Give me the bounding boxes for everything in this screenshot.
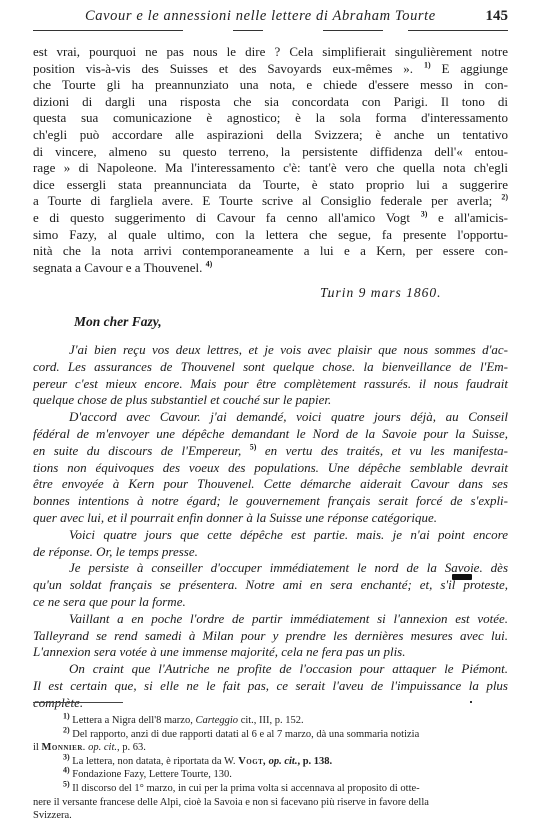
body-line-text: a Tourte di fargliela avere. E Tourte sc… bbox=[33, 193, 492, 208]
letter-line: bonnes intentions à notre égard; le gouv… bbox=[33, 493, 508, 510]
footnote-text: cit., III, p. 152. bbox=[238, 715, 304, 726]
footnote-text: Il discorso del 1° marzo, in cui per la … bbox=[72, 783, 419, 794]
letter-line: quer avec lui, et il pourrait enfin donn… bbox=[33, 510, 508, 527]
footnote-5: 5) Il discorso del 1° marzo, in cui per … bbox=[33, 782, 508, 796]
footnote-text: , p. 138. bbox=[297, 756, 332, 767]
footnote-ref[interactable]: 2) bbox=[501, 193, 508, 202]
footnote-text: , p. 63. bbox=[117, 742, 146, 753]
letter-line: tions non équivoques des voeux des popul… bbox=[33, 460, 508, 477]
letter-line: cord. Les assurances de Thouvenel sont q… bbox=[33, 359, 508, 376]
document-page: Cavour e le annessioni nelle lettere di … bbox=[0, 0, 550, 830]
body-line-text: e all'amicis- bbox=[438, 210, 508, 225]
body-line: dizioni di dargli una risposta che sia c… bbox=[33, 94, 508, 111]
body-line: dice essergli stata preannunciata da Tou… bbox=[33, 177, 508, 194]
letter-line: qu'un soldat français se présentera. Not… bbox=[33, 577, 508, 594]
letter-line: Je persiste à conseiller d'occuper imméd… bbox=[33, 560, 508, 577]
footnote-italic: , op. cit. bbox=[263, 756, 297, 767]
header-rule bbox=[33, 30, 183, 31]
body-line: che Tourte gli ha preannunziato una nota… bbox=[33, 77, 508, 94]
footnote-5-cont: Svizzera. bbox=[33, 809, 508, 823]
running-head: Cavour e le annessioni nelle lettere di … bbox=[33, 6, 508, 32]
footnote-ref[interactable]: 5) bbox=[250, 442, 257, 451]
footnotes: 1) Lettera a Nigra dell'8 marzo, Cartegg… bbox=[33, 714, 508, 823]
letter-date: Turin 9 mars 1860. bbox=[320, 285, 442, 301]
footnote-rule bbox=[33, 702, 123, 703]
body-line-text: segnata a Cavour e a Thouvenel. bbox=[33, 260, 202, 275]
footnote-4: 4) Fondazione Fazy, Lettere Tourte, 130. bbox=[33, 768, 508, 782]
footnote-italic: . op. cit. bbox=[83, 742, 117, 753]
body-line: rage » di Napoleone. Ma l'interessamento… bbox=[33, 160, 508, 177]
author-name: Vogt bbox=[238, 756, 263, 767]
body-line: ch'egli può accordare alle aspirazioni d… bbox=[33, 127, 508, 144]
body-line: simo Fazy, al quale ultimo, con la lette… bbox=[33, 227, 508, 244]
header-rule bbox=[233, 30, 263, 31]
footnote-2-cont: il Monnier. op. cit., p. 63. bbox=[33, 741, 508, 755]
footnote-text: La lettera, non datata, è riportata da W… bbox=[72, 756, 238, 767]
footnote-text: Del rapporto, anzi di due rapporti datat… bbox=[72, 729, 419, 740]
body-line-text: e di questo suggerimento di Cavour fa ce… bbox=[33, 210, 410, 225]
footnote-1: 1) Lettera a Nigra dell'8 marzo, Cartegg… bbox=[33, 714, 508, 728]
body-line: est vrai, pourquoi ne pas nous le dire ?… bbox=[33, 44, 508, 61]
letter-line: On craint que l'Autriche ne profite de l… bbox=[33, 661, 508, 678]
page-number: 145 bbox=[486, 8, 509, 25]
letter-line: quelque chose de plus substantiel et cou… bbox=[33, 392, 508, 409]
footnote-5-cont: nere il versante francese delle Alpi, ci… bbox=[33, 796, 508, 810]
body-line: segnata a Cavour e a Thouvenel. 4) bbox=[33, 260, 508, 277]
footnote-number: 2) bbox=[63, 725, 70, 734]
footnote-number: 3) bbox=[63, 752, 70, 761]
letter-line: D'accord avec Cavour. j'ai demandé, voic… bbox=[33, 409, 508, 426]
letter-line: Voici quatre jours que cette dépêche est… bbox=[33, 527, 508, 544]
footnote-italic: Carteggio bbox=[195, 715, 238, 726]
letter-line: en suite du discours de l'Empereur, 5) e… bbox=[33, 443, 508, 460]
body-line-text: position vis-à-vis des Suisses et des Sa… bbox=[33, 61, 413, 76]
letter-line: complète. bbox=[33, 695, 508, 712]
letter-line: Talleyrand se rend samedi à Milan pour y… bbox=[33, 628, 508, 645]
stray-mark bbox=[470, 701, 472, 703]
footnote-3: 3) La lettera, non datata, è riportata d… bbox=[33, 755, 508, 769]
letter-line: J'ai bien reçu vos deux lettres, et je v… bbox=[33, 342, 508, 359]
letter-line: Il est certain que, si elle ne le fait p… bbox=[33, 678, 508, 695]
footnote-text: Fondazione Fazy, Lettere Tourte, 130. bbox=[72, 769, 232, 780]
running-title: Cavour e le annessioni nelle lettere di … bbox=[85, 8, 436, 25]
footnote-number: 4) bbox=[63, 766, 70, 775]
body-line-text: E aggiunge bbox=[442, 61, 509, 76]
footnote-ref[interactable]: 3) bbox=[421, 210, 428, 219]
body-line: nità che la nota arrivi contemporaneamen… bbox=[33, 243, 508, 260]
body-line: a Tourte di fargliela avere. E Tourte sc… bbox=[33, 193, 508, 210]
letter-line: fédéral de m'envoyer une dépêche demanda… bbox=[33, 426, 508, 443]
header-rule bbox=[408, 30, 508, 31]
footnote-ref[interactable]: 1) bbox=[424, 60, 431, 69]
footnote-text: Lettera a Nigra dell'8 marzo, bbox=[72, 715, 195, 726]
letter-line: pereur c'est mieux encore. Mais pour êtr… bbox=[33, 376, 508, 393]
ink-blot bbox=[452, 574, 472, 580]
letter-line: Vaillant a en poche l'ordre de partir im… bbox=[33, 611, 508, 628]
footnote-ref[interactable]: 4) bbox=[206, 259, 213, 268]
letter-salutation: Mon cher Fazy, bbox=[74, 314, 162, 330]
letter-line: être envoyée à Kern pour Thouvenel. Cett… bbox=[33, 476, 508, 493]
letter-line-text: en vertu des traités, et vu les manifest… bbox=[265, 443, 508, 458]
body-line: questa sua comunicazione è agnostico; è … bbox=[33, 110, 508, 127]
body-line: position vis-à-vis des Suisses et des Sa… bbox=[33, 61, 508, 78]
footnote-number: 1) bbox=[63, 712, 70, 721]
header-rule bbox=[323, 30, 383, 31]
letter-line: de réponse. Or, le temps presse. bbox=[33, 544, 508, 561]
footnote-2: 2) Del rapporto, anzi di due rapporti da… bbox=[33, 728, 508, 742]
letter-line: L'annexion sera votée à une immense majo… bbox=[33, 644, 508, 661]
body-line: e di questo suggerimento di Cavour fa ce… bbox=[33, 210, 508, 227]
letter-line: ce ne sera que pour la forme. bbox=[33, 594, 508, 611]
letter-body: J'ai bien reçu vos deux lettres, et je v… bbox=[33, 342, 508, 712]
footnote-number: 5) bbox=[63, 779, 70, 788]
letter-line-text: en suite du discours de l'Empereur, bbox=[33, 443, 241, 458]
body-line: di vincere, almeno su questo terreno, la… bbox=[33, 144, 508, 161]
body-text: est vrai, pourquoi ne pas nous le dire ?… bbox=[33, 44, 508, 276]
